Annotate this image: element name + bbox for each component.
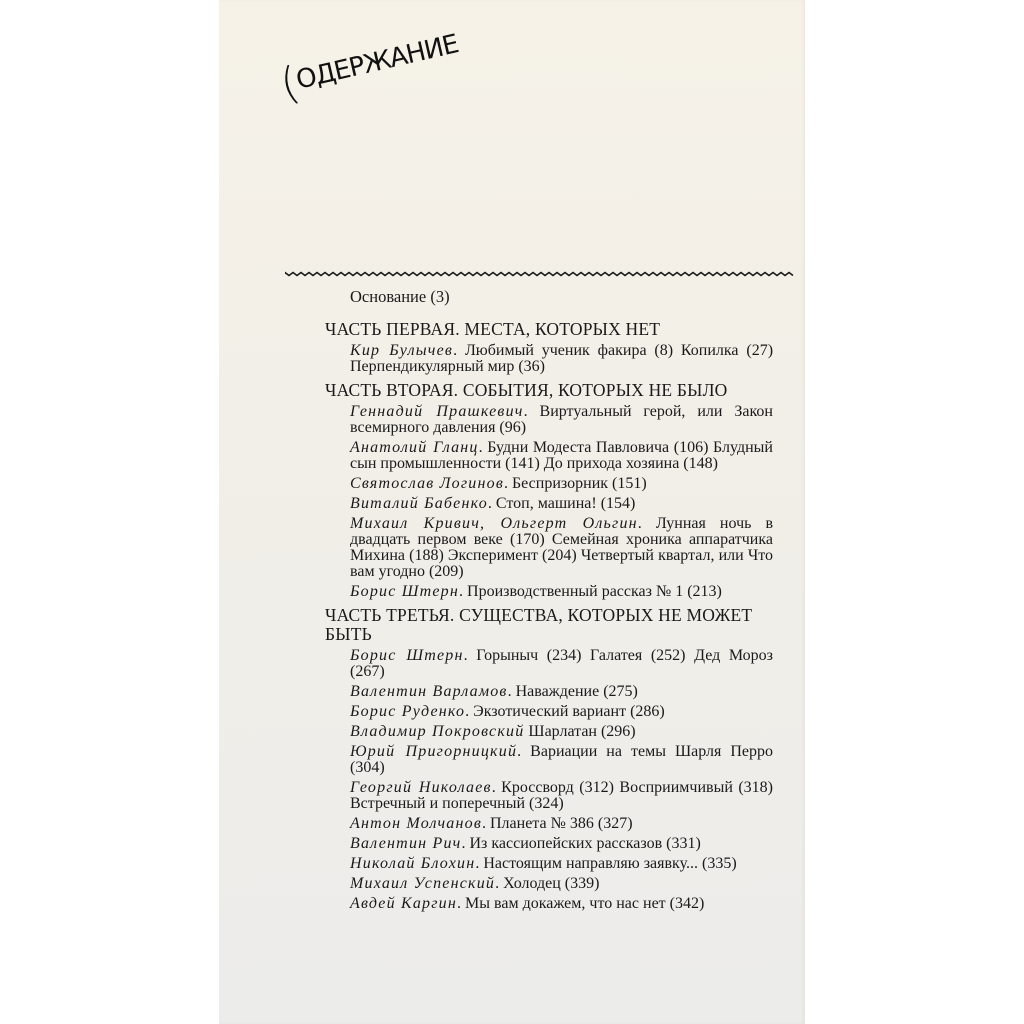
entry-separator: .: [638, 515, 656, 532]
entry-author: Михаил Кривич, Ольгерт Ольгин: [350, 515, 638, 532]
toc-entry: Виталий Бабенко. Стоп, машина! (154): [350, 496, 773, 512]
toc-entry: Святослав Логинов. Беспризорник (151): [350, 476, 773, 492]
entry-separator: .: [508, 683, 516, 700]
entry-separator: .: [479, 439, 488, 456]
entry-author: Борис Руденко: [350, 703, 465, 720]
toc-entry: Михаил Кривич, Ольгерт Ольгин. Лунная но…: [350, 516, 773, 580]
entry-author: Валентин Рич: [350, 835, 462, 852]
handwritten-title: (ОДЕРЖАНИЕ: [276, 21, 464, 111]
toc-intro: Основание (3): [350, 288, 773, 305]
entry-separator: .: [492, 779, 501, 796]
entry-works: Беспризорник (151): [512, 475, 647, 492]
toc-entry: Юрий Пригорницкий. Вариации на темы Шарл…: [350, 744, 773, 776]
handwritten-rest: ОДЕРЖАНИЕ: [293, 29, 461, 95]
entry-author: Борис Штерн: [350, 647, 464, 664]
entry-works: Мы вам докажем, что нас нет (342): [465, 895, 704, 912]
entry-separator: .: [504, 475, 512, 492]
entry-author: Авдей Каргин: [350, 895, 457, 912]
entry-works: Наваждение (275): [516, 683, 638, 700]
intro-page: (3): [430, 287, 449, 306]
entry-author: Валентин Варламов: [350, 683, 508, 700]
toc-entry: Борис Штерн. Горыныч (234) Галатея (252)…: [350, 648, 773, 680]
entry-author: Владимир Покровский: [350, 723, 524, 740]
entry-separator: .: [462, 835, 470, 852]
entry-separator: .: [524, 403, 540, 420]
part-title: ЧАСТЬ ТРЕТЬЯ. СУЩЕСТВА, КОТОРЫХ НЕ МОЖЕТ…: [325, 606, 773, 644]
entry-works: Планета № 386 (327): [490, 815, 633, 832]
entry-author: Святослав Логинов: [350, 475, 504, 492]
entry-author: Геннадий Прашкевич: [350, 403, 524, 420]
entry-works: Настоящим направляю заявку... (335): [483, 855, 736, 872]
entry-works: Экзотический вариант (286): [473, 703, 665, 720]
toc-entry: Валентин Варламов. Наваждение (275): [350, 684, 773, 700]
entry-separator: .: [495, 875, 503, 892]
entry-author: Николай Блохин: [350, 855, 475, 872]
toc-entry: Анатолий Гланц. Будни Модеста Павловича …: [350, 440, 773, 472]
toc-entry: Георгий Николаев. Кроссворд (312) Воспри…: [350, 780, 773, 812]
toc-entry: Авдей Каргин. Мы вам докажем, что нас не…: [350, 896, 773, 912]
entry-author: Антон Молчанов: [350, 815, 482, 832]
entry-separator: .: [465, 703, 473, 720]
toc-entry: Борис Руденко. Экзотический вариант (286…: [350, 704, 773, 720]
entry-works: Из кассиопейских рассказов (331): [470, 835, 701, 852]
entry-separator: .: [488, 495, 496, 512]
entry-separator: .: [459, 583, 467, 600]
entry-author: Юрий Пригорницкий: [350, 743, 517, 760]
toc-entry: Геннадий Прашкевич. Виртуальный герой, и…: [350, 404, 773, 436]
entry-separator: .: [517, 743, 530, 760]
entry-author: Михаил Успенский: [350, 875, 495, 892]
part-title: ЧАСТЬ ПЕРВАЯ. МЕСТА, КОТОРЫХ НЕТ: [325, 320, 773, 339]
entry-works: Стоп, машина! (154): [496, 495, 635, 512]
entry-author: Георгий Николаев: [350, 779, 492, 796]
entry-separator: .: [482, 815, 490, 832]
toc-entry: Владимир Покровский Шарлатан (296): [350, 724, 773, 740]
toc-entry: Михаил Успенский. Холодец (339): [350, 876, 773, 892]
entry-separator: .: [457, 895, 465, 912]
wavy-divider: [285, 269, 795, 279]
toc-parts: ЧАСТЬ ПЕРВАЯ. МЕСТА, КОТОРЫХ НЕТКир Булы…: [325, 320, 773, 912]
entry-author: Борис Штерн: [350, 583, 459, 600]
entry-author: Кир Булычев: [350, 342, 453, 359]
entry-works: Производственный рассказ № 1 (213): [467, 583, 722, 600]
table-of-contents: Основание (3) ЧАСТЬ ПЕРВАЯ. МЕСТА, КОТОР…: [325, 288, 773, 916]
book-page: (ОДЕРЖАНИЕ Основание (3) ЧАСТЬ ПЕРВАЯ. М…: [219, 0, 805, 1024]
intro-title: Основание: [350, 287, 426, 306]
entry-author: Анатолий Гланц: [350, 439, 479, 456]
part-title: ЧАСТЬ ВТОРАЯ. СОБЫТИЯ, КОТОРЫХ НЕ БЫЛО: [325, 381, 773, 400]
toc-entry: Кир Булычев. Любимый ученик факира (8) К…: [350, 343, 773, 375]
entry-works: Холодец (339): [503, 875, 599, 892]
toc-entry: Валентин Рич. Из кассиопейских рассказов…: [350, 836, 773, 852]
toc-entry: Борис Штерн. Производственный рассказ № …: [350, 584, 773, 600]
toc-entry: Николай Блохин. Настоящим направляю заяв…: [350, 856, 773, 872]
entry-separator: .: [453, 342, 465, 359]
toc-entry: Антон Молчанов. Планета № 386 (327): [350, 816, 773, 832]
entry-author: Виталий Бабенко: [350, 495, 488, 512]
entry-works: Шарлатан (296): [528, 723, 635, 740]
entry-separator: .: [464, 647, 477, 664]
